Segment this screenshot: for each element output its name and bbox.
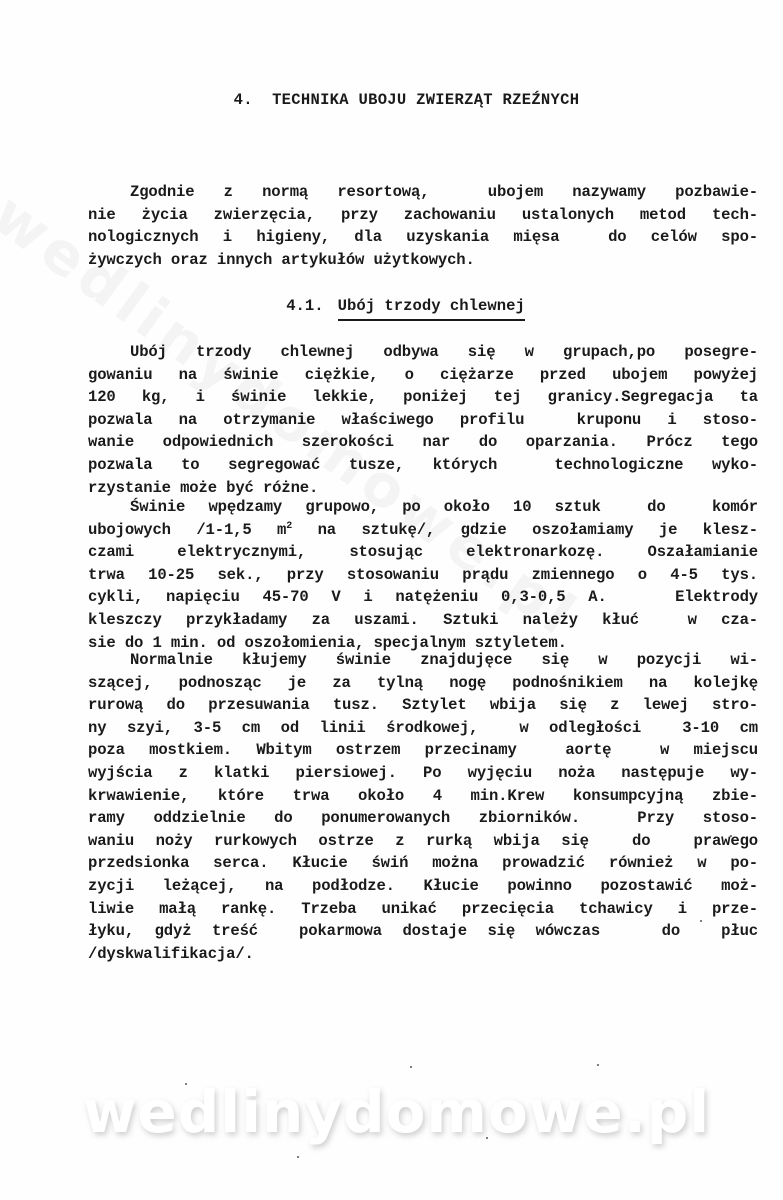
text-line: wanie odpowiednich szerokości nar do opa… (88, 431, 758, 454)
scan-speck (700, 920, 702, 922)
section-number: 4.1. (286, 297, 323, 315)
text-line: żywczych oraz innych artykułów użytkowyc… (88, 249, 758, 272)
scan-speck (410, 1066, 412, 1068)
text-line: gowaniu na świnie ciężkie, o ciężarze pr… (88, 364, 758, 387)
text-line: Normalnie kłujemy świnie znajdujęce się … (88, 649, 758, 672)
text-line: Ubój trzody chlewnej odbywa się w grupac… (88, 341, 758, 364)
text-line: poza mostkiem. Wbitym ostrzem przecinamy… (88, 739, 758, 762)
text-line: cykli, napięciu 45-70 V i natężeniu 0,3-… (88, 586, 758, 609)
text-line: rurową do przesuwania tusz. Sztylet wbij… (88, 694, 758, 717)
scan-speck (730, 835, 732, 837)
text-line: krwawienie, które trwa około 4 min.Krew … (88, 785, 758, 808)
text-fragment: ubojowych /1-1,5 m (88, 521, 286, 539)
document-page: wedlinydomowe.pl 4. TECHNIKA UBOJU ZWIER… (0, 0, 783, 1200)
paragraph-sticking: Normalnie kłujemy świnie znajdujęce się … (88, 649, 758, 965)
text-line: kleszczy przykładamy za uszami. Sztuki n… (88, 609, 758, 632)
text-line: wyjścia z klatki piersiowej. Po wyjęciu … (88, 762, 758, 785)
text-line: liwie małą rankę. Trzeba unikać przecięc… (88, 898, 758, 921)
text-line: nie życia zwierzęcia, przy zachowaniu us… (88, 204, 758, 227)
scan-speck (597, 1064, 599, 1066)
text-line: ubojowych /1-1,5 m2 na sztukę/, gdzie os… (88, 519, 758, 542)
text-line: zycji leżącej, na podłodze. Kłucie powin… (88, 875, 758, 898)
section-title: Ubój trzody chlewnej (338, 297, 525, 321)
section-heading: 4.1.Ubój trzody chlewnej (0, 297, 783, 315)
paragraph-stunning: Świnie wpędzamy grupowo, po około 10 szt… (88, 496, 758, 654)
text-line: Świnie wpędzamy grupowo, po około 10 szt… (88, 496, 758, 519)
text-line: Zgodnie z normą resortową, ubojem nazywa… (88, 181, 758, 204)
text-line: ramy oddzielnie do ponumerowanych zbiorn… (88, 807, 758, 830)
paragraph-segregation: Ubój trzody chlewnej odbywa się w grupac… (88, 341, 758, 499)
text-line: waniu noży rurkowych ostrze z rurką wbij… (88, 830, 758, 853)
text-line: czami elektrycznymi, stosując elektronar… (88, 541, 758, 564)
text-line: łyku, gdyż treść pokarmowa dostaje się w… (88, 920, 758, 943)
text-line: pozwala to segregować tusze, których tec… (88, 454, 758, 477)
text-fragment: na sztukę/, gdzie oszołamiamy je klesz- (292, 521, 758, 539)
text-line: /dyskwalifikacja/. (88, 943, 758, 966)
text-line: ny szyi, 3-5 cm od linii środkowej, w od… (88, 717, 758, 740)
scan-speck (486, 1137, 488, 1139)
scan-speck (185, 1083, 187, 1085)
text-line: 120 kg, i świnie lekkie, poniżej tej gra… (88, 386, 758, 409)
text-line: pozwala na otrzymanie właściwego profilu… (88, 409, 758, 432)
scan-speck (297, 1156, 299, 1158)
text-line: przedsionka serca. Kłucie świń można pro… (88, 852, 758, 875)
text-line: nologicznych i higieny, dla uzyskania mi… (88, 226, 758, 249)
bottom-watermark: wedlinydomowe.pl (0, 1078, 783, 1146)
text-line: szącej, podnosząc je za tylną nogę podno… (88, 672, 758, 695)
intro-paragraph: Zgodnie z normą resortową, ubojem nazywa… (88, 181, 758, 271)
text-line: trwa 10-25 sek., przy stosowaniu prądu z… (88, 564, 758, 587)
chapter-title: 4. TECHNIKA UBOJU ZWIERZĄT RZEŹNYCH (0, 91, 783, 109)
